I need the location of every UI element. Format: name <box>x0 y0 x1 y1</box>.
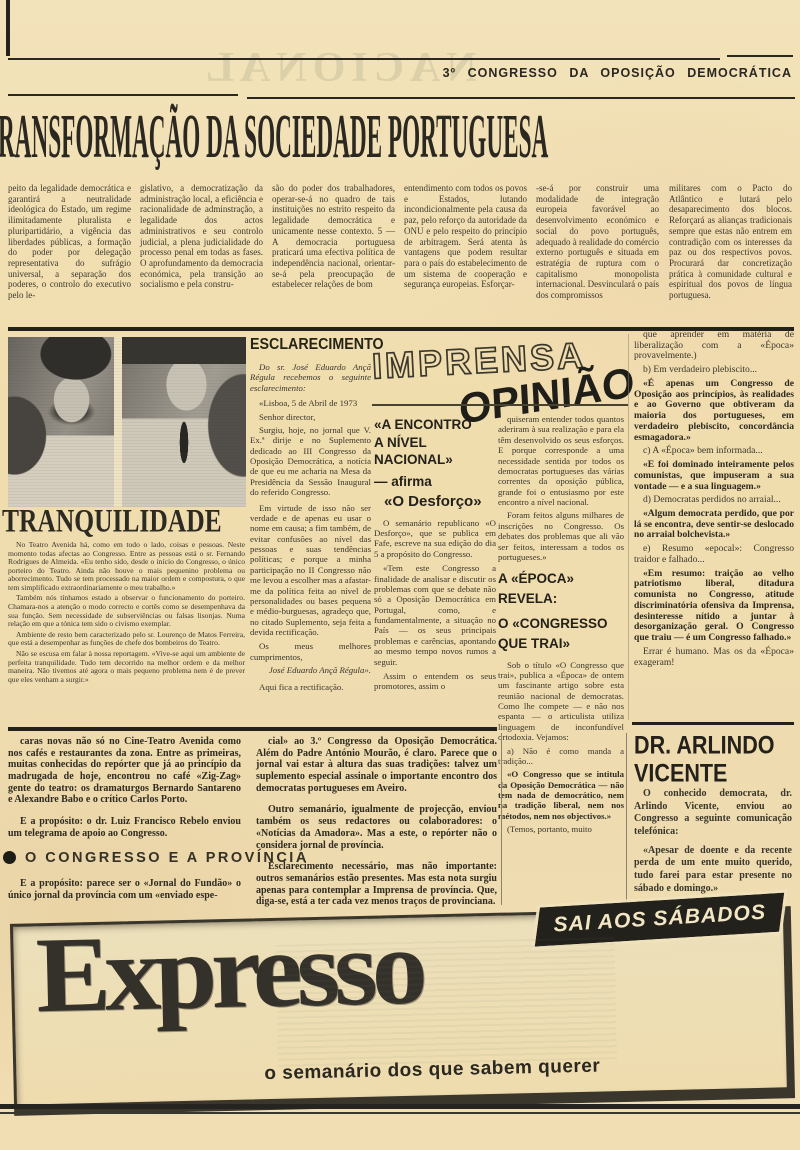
expresso-tagline: o semanário dos que sabem querer <box>264 1056 600 1086</box>
paragraph: Não se escusa em falar à nossa reportage… <box>8 650 245 684</box>
paragraph: E a propósito: parece ser o «Jornal do F… <box>8 878 241 901</box>
divider <box>247 97 795 99</box>
lead-column: militares com o Pacto do Atlântico e lut… <box>669 183 792 301</box>
title-line: «A ENCONTRO <box>374 416 496 434</box>
epoca-article: quiseram entender todos quantos aderiram… <box>498 414 624 838</box>
lead-column: são do poder dos trabalhadores, operar-s… <box>272 183 395 290</box>
main-headline: RANSFORMAÇÃO DA SOCIEDADE PORTUGUESA <box>0 100 548 172</box>
newspaper-page: NACIONAL 3º CONGRESSO DA OPOSIÇÃO DEMOCR… <box>0 0 800 1150</box>
expresso-logo: Expresso <box>35 906 423 1039</box>
arlindo-article: O conhecido democrata, dr. Arlindo Vicen… <box>634 788 792 902</box>
paragraph: «Em resumo: traição ao velho patriotismo… <box>634 569 794 644</box>
scan-edge-mark <box>6 0 10 56</box>
title-line: VICENTE <box>634 759 775 787</box>
paragraph: cial» ao 3.º Congresso da Oposição Democ… <box>256 736 497 794</box>
paragraph: Os meus melhores cumprimentos, <box>250 641 371 662</box>
esclarecimento-article: ESCLARECIMENTO Do sr. José Eduardo Ançã … <box>250 336 371 695</box>
epoca-title: A «ÉPOCA» REVELA: O «CONGRESSO QUE TRAI» <box>498 569 624 653</box>
paragraph: Assim o entendem os seus promotores, ass… <box>374 671 496 692</box>
expresso-ad: Expresso SAI AOS SÁBADOS o semanário dos… <box>10 906 795 1116</box>
section-kicker: 3º CONGRESSO DA OPOSIÇÃO DEMOCRÁTICA <box>443 66 792 80</box>
title-line: QUE TRAI» <box>498 634 624 654</box>
paragraph: Esclarecimento necessário, mas não impor… <box>256 861 497 908</box>
divider <box>372 404 628 406</box>
paragraph: a) Não é como manda a tradição... <box>498 746 624 767</box>
column-rule <box>501 733 502 905</box>
heavy-divider <box>8 727 497 731</box>
title-line: A NÍVEL <box>374 434 496 452</box>
lead-column: entendimento com todos os povos e Estado… <box>404 183 527 290</box>
desforco-article: «A ENCONTRO A NÍVEL NACIONAL» — afirma «… <box>374 416 496 695</box>
lead-column: peito da legalidade democrática e garant… <box>8 183 131 301</box>
provincia-heading: O CONGRESSO E A PROVÍNCIA <box>3 850 241 867</box>
paragraph: e) Resumo «epocal»: Congresso traidor e … <box>634 544 794 565</box>
desforco-byline: — afirma <box>374 474 496 489</box>
paragraph: Senhor director, <box>250 412 371 422</box>
photo-panel-left <box>8 337 114 507</box>
paragraph: «Algum democrata perdido, que por lá se … <box>634 509 794 541</box>
paragraph: c) A «Época» bem informada... <box>634 446 794 457</box>
paragraph: Aqui fica a rectificação. <box>250 682 371 692</box>
tranquilidade-title: TRANQUILIDADE <box>2 504 222 541</box>
paragraph: (Temos, portanto, muito <box>498 824 624 834</box>
paragraph: b) Em verdadeiro plebiscito... <box>634 365 794 376</box>
congress-photo <box>8 337 246 507</box>
tranquilidade-article: No Teatro Avenida há, como em todo o lad… <box>8 541 245 686</box>
arlindo-title: DR. ARLINDO VICENTE <box>634 731 775 788</box>
title-line: A «ÉPOCA» <box>498 569 624 589</box>
showthrough-ghost-text: NACIONAL <box>200 44 477 92</box>
bullet-icon <box>3 851 16 864</box>
paragraph: «Tem este Congresso a finalidade de anal… <box>374 563 496 667</box>
photo-panel-right <box>122 337 246 507</box>
paragraph: «O Congresso que se intitula da Oposição… <box>498 769 624 821</box>
expresso-badge-label: SAI AOS SÁBADOS <box>552 901 766 938</box>
title-line: DR. ARLINDO <box>634 731 775 759</box>
paragraph: «Apesar de doente e da recente perda de … <box>634 845 792 896</box>
divider <box>0 1112 800 1114</box>
signature: José Eduardo Ançã Régula». <box>250 665 371 675</box>
paragraph: Em virtude de isso não ser verdade e de … <box>250 503 371 638</box>
desforco-source: «O Desforço» <box>374 493 496 510</box>
paragraph: «E foi dominado inteiramente pelos comun… <box>634 460 794 492</box>
divider <box>8 58 720 60</box>
paragraph: d) Democratas perdidos no arraial... <box>634 495 794 506</box>
paragraph: E a propósito: o dr. Luiz Francisco Rebe… <box>8 816 241 839</box>
epoca-continuation: que aprender em matéria de liberalização… <box>634 330 794 671</box>
paragraph: No Teatro Avenida há, como em todo o lad… <box>8 541 245 592</box>
paragraph: «É apenas um Congresso de Oposição aos p… <box>634 379 794 443</box>
heavy-divider <box>0 1104 800 1109</box>
lead-column: -se-á por construir uma modalidade de in… <box>536 183 659 301</box>
title-line: O «CONGRESSO <box>498 614 624 634</box>
paragraph: «Lisboa, 5 de Abril de 1973 <box>250 398 371 408</box>
paragraph: Errar é humano. Mas os da «Época» exager… <box>634 647 794 668</box>
desforco-title: «A ENCONTRO A NÍVEL NACIONAL» <box>374 416 496 469</box>
expresso-badge: SAI AOS SÁBADOS <box>534 893 784 947</box>
paragraph: O semanário republicano «O Desforço», qu… <box>374 518 496 560</box>
paragraph: O conhecido democrata, dr. Arlindo Vicen… <box>634 788 792 839</box>
divider <box>632 722 794 725</box>
paragraph: caras novas não só no Cine-Teatro Avenid… <box>8 736 241 806</box>
paragraph: Foram feitos alguns milhares de inscriçõ… <box>498 510 624 562</box>
esclarecimento-title: ESCLARECIMENTO <box>250 336 361 354</box>
paragraph: Surgiu, hoje, no jornal que V. Ex.ª diri… <box>250 425 371 498</box>
title-line: REVELA: <box>498 589 624 609</box>
provincia-column-2: cial» ao 3.º Congresso da Oposição Democ… <box>256 736 497 918</box>
column-rule <box>628 334 629 720</box>
title-line: NACIONAL» <box>374 451 496 469</box>
divider <box>727 55 793 57</box>
paragraph: Ambiente de resto bem caracterizado pelo… <box>8 631 245 648</box>
lead-column: gislativo, a democratização da administr… <box>140 183 263 290</box>
paragraph: quiseram entender todos quantos aderiram… <box>498 414 624 507</box>
paragraph: Sob o título «O Congresso que trai», pub… <box>498 660 624 743</box>
paragraph: Outro semanário, igualmente de projecção… <box>256 804 497 851</box>
column-rule <box>626 733 627 905</box>
paragraph: Do sr. José Eduardo Ançã Régula recebemo… <box>250 362 371 393</box>
paragraph: Também nós tínhamos estado a observar o … <box>8 594 245 628</box>
provincia-column-1: caras novas não só no Cine-Teatro Avenid… <box>8 736 241 912</box>
divider <box>8 94 238 96</box>
paragraph: que aprender em matéria de liberalização… <box>634 330 794 362</box>
